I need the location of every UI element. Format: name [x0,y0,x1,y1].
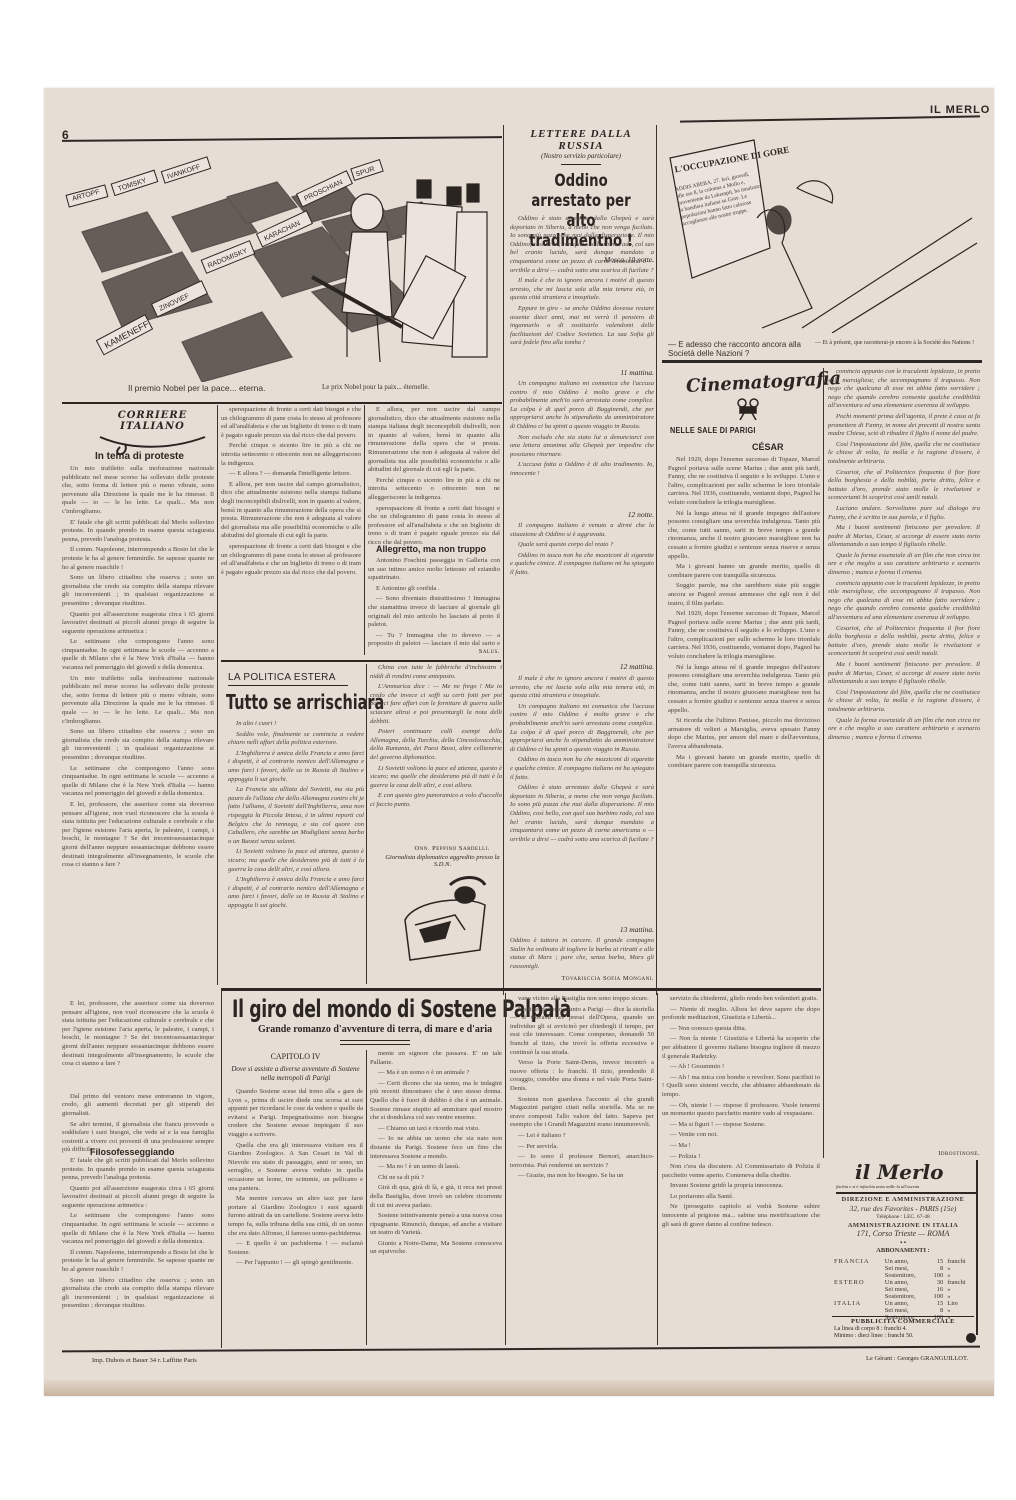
masthead-info: DIREZIONE E AMMINISTRAZIONE 32, rue des … [832,1196,974,1256]
serial-subheadline: Grande romanzo d'avventure di terra, di … [258,1024,492,1035]
cartoon-caption-italian: — E adesso che racconto ancora alla Soci… [668,340,803,358]
corriere-continuation-2: E allora, per non uscire dal campo giorn… [368,406,500,546]
column-divider [656,125,657,995]
politica-body-2: China con tutte le fabbriche d'inchiostr… [370,664,502,824]
cinema-signature: Idrostinone. [880,1150,980,1157]
subscription-row: Sei mesi,8» [832,1307,974,1314]
chapter-title: CAPITOLO IV [228,1052,363,1061]
column-divider [217,405,218,985]
section-rule [662,360,982,363]
politica-section-label: LA POLITICA ESTERA [228,672,336,683]
dateline: 12 mattina. [510,662,654,671]
column-divider [366,664,367,984]
cinema-body: Nel 1929, dopo l'enorme successo di Topa… [668,456,820,991]
cartoon-man-in-armchair [395,870,495,970]
advertising-rates: La linea di corpo 8 : franchi 4. Minimo … [834,1326,974,1340]
column-divider [364,405,365,655]
cinema-section-label: NELLE SALE DI PARIGI [670,425,756,435]
column-divider [503,125,504,995]
cartoon-caption-italian: Il premio Nobel per la pace... eterna. [128,383,266,393]
russia-body: Oddino è stato arrestato dalla Ghepeù e … [510,215,654,355]
subscription-row: ESTEROUn anno,30franchi [832,1279,974,1286]
allegretto-body: Antonino Foschini passeggia in Galleria … [368,557,500,647]
politica-headline: Tutto se arrischiara [226,690,384,714]
column-divider [505,993,506,1345]
dateline: 11 mattina. [510,368,654,377]
russia-body-2: Un compagno italiano mi comunica che l'a… [510,380,654,500]
underline [228,685,348,686]
allegretto-signature: Salus. [368,648,500,655]
ornament-divider [340,1040,410,1045]
russia-body-3: Il compagno italiano è venuto a dirmi ch… [510,522,654,652]
column-divider [657,993,658,1345]
cartoon-nobel-prize: ARTOPF TOMSKY IVANKOFF RADOMISKY KARACHA… [62,142,492,382]
sheet-edge [44,1380,994,1396]
serial-body: Quando Sostene scese dal treno alla « ga… [228,1088,363,1343]
cartoon-occupation-gore: L'OCCUPAZIONE DI GORE [662,128,982,333]
advertising-title: PUBBLICITA COMMERCIALE [832,1318,974,1325]
subscription-table: FRANCIAUn anno,15franchiSei mesi,8»Soste… [832,1258,974,1321]
section-rule [62,402,502,404]
subscription-row: Sostenitore,100» [832,1293,974,1300]
corriere-body: Un mio trafiletto sulla inoforazione naz… [62,465,214,995]
divider [832,1316,974,1317]
cinema-headline: CÉSAR [752,442,784,452]
divider [561,164,601,165]
camera-icon [730,395,770,425]
cinema-body-2: comincia appunto con le truculenti lepid… [828,368,980,1153]
section-rule [221,988,821,991]
corriere-continuation: sperequazione di fronte a certi dati bis… [221,406,361,656]
politica-body: In alto i cuori ! Seddio vole, finalment… [228,720,364,985]
column-divider [366,1050,367,1345]
corriere-logo: CORRIERE ITALIANO [90,410,215,450]
divider [836,1192,976,1194]
corriere-body-2: E lei, professore, che asserisce come si… [62,1000,214,1345]
subscription-row: Sostenitore,100» [832,1272,974,1279]
subscription-row: Sei mesi,8» [832,1265,974,1272]
bullet-dot [966,1333,976,1343]
politica-signature: Onn. Peppino Sardelli. [370,845,490,852]
russia-body-4: Il male è che io ignoro ancora i motivi … [510,675,654,855]
masthead-tagline: fischia e si è infischia anno mille la a… [836,1184,976,1189]
subscription-row: ITALIAUn anno,15Lire [832,1300,974,1307]
cartoon-caption-french: Le prix Nobel pour la paix... éternelle. [322,383,429,391]
column-divider [823,368,824,1158]
chapter-subtitle: Dove si assiste a diverse avventure di S… [228,1065,363,1083]
allegretto-headline: Allegretto, ma non truppo [376,544,486,554]
russia-sub-kicker: (Nostro servizio particolare) [508,152,654,160]
serial-body-3: vano vicino alla Bastiglia non sono trop… [510,995,654,1345]
printer-credit: Imp. Dubois et Bauer 34 r. Laffitte Pari… [92,1357,197,1364]
corriere-headline: In tema di proteste [95,451,184,462]
section-rule [221,660,501,662]
paper-name-header: IL MERLO [930,104,990,116]
russia-kicker: LETTERE DALLA RUSSIA [508,128,654,152]
russia-signature: Tovarisccia Sofia Mongani. [510,975,654,982]
dateline: 12 notte. [510,510,654,519]
serial-body-2: mente un signore che passava. E' un tale… [370,1050,502,1345]
politica-signature-title: Giornalista diplomatico aggredito presso… [385,854,500,868]
russia-closing: Oddino è tuttora in carcere. Il grande c… [510,937,654,973]
dateline: 13 mattina. [510,925,654,934]
masthead-logo: il Merlo [855,1160,944,1184]
subscription-row: FRANCIAUn anno,15franchi [832,1258,974,1265]
cartoon-caption-french: — Et à présent, que raconterai-je encore… [815,340,975,346]
serial-body-4: servizio da chiedermi, glielo rendo ben … [662,995,820,1345]
gerant-credit: Le Gérant : Georges GRANGUILLOT. [866,1355,968,1362]
subscription-row: Sei mesi,16» [832,1286,974,1293]
column-divider [221,988,222,1348]
